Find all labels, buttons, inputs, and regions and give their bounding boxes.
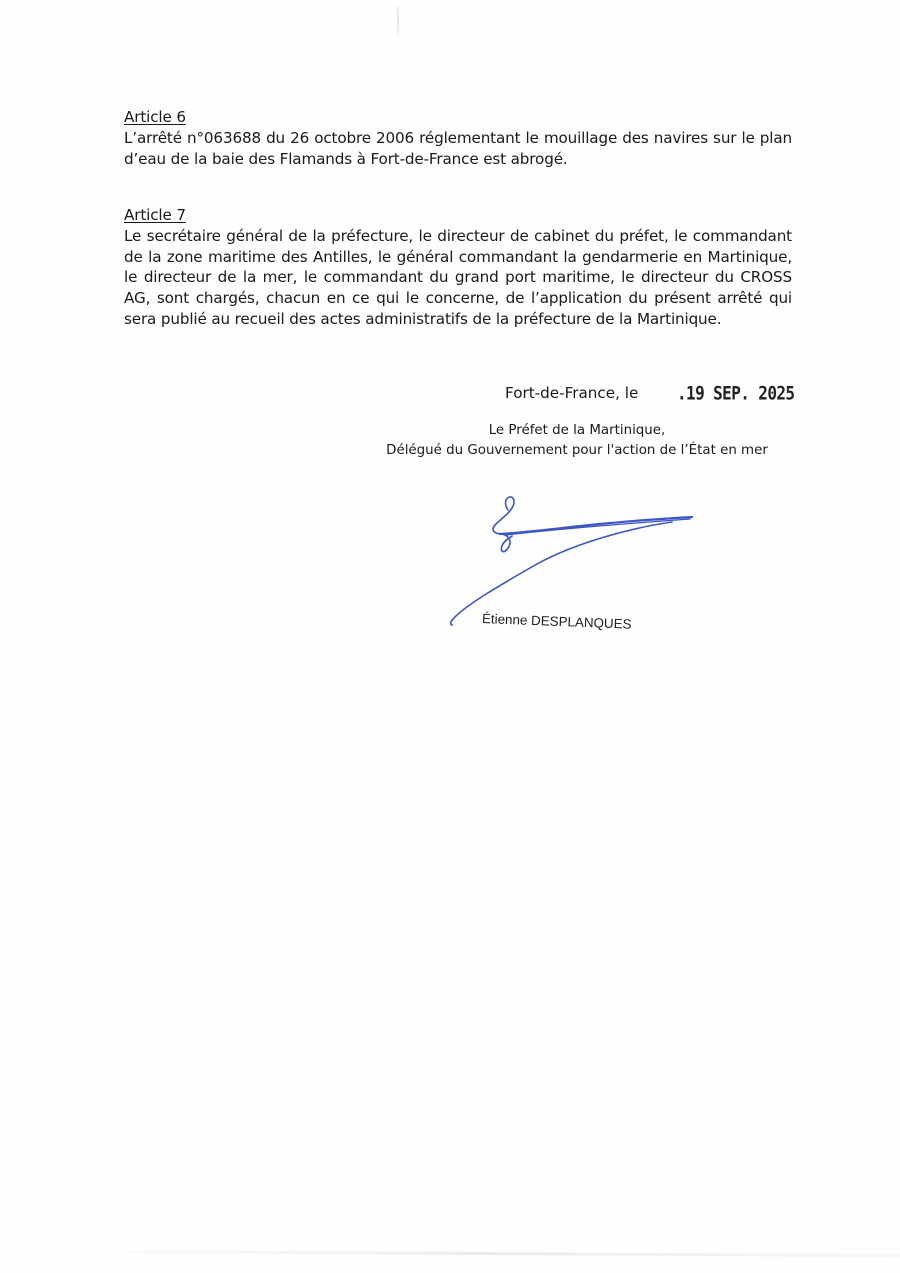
signatory-title-line-2: Délégué du Gouvernement pour l'action de… xyxy=(372,441,782,461)
article-7: Article 7 Le secrétaire général de la pr… xyxy=(124,205,792,330)
signatory-title: Le Préfet de la Martinique, Délégué du G… xyxy=(372,421,782,461)
document-page: Article 6 L’arrêté n°063688 du 26 octobr… xyxy=(0,0,900,1273)
place-label: Fort-de-France, le xyxy=(505,384,638,402)
article-body: Le secrétaire général de la préfecture, … xyxy=(124,226,792,330)
article-body: L’arrêté n°063688 du 26 octobre 2006 rég… xyxy=(124,128,792,170)
article-6: Article 6 L’arrêté n°063688 du 26 octobr… xyxy=(124,107,792,169)
date-stamp: .19 SEP. 2025 xyxy=(677,382,794,404)
scan-artifact xyxy=(397,6,399,36)
signatory-title-line-1: Le Préfet de la Martinique, xyxy=(372,421,782,441)
scan-artifact xyxy=(60,1250,900,1257)
article-heading: Article 6 xyxy=(124,107,792,128)
article-heading: Article 7 xyxy=(124,205,792,226)
